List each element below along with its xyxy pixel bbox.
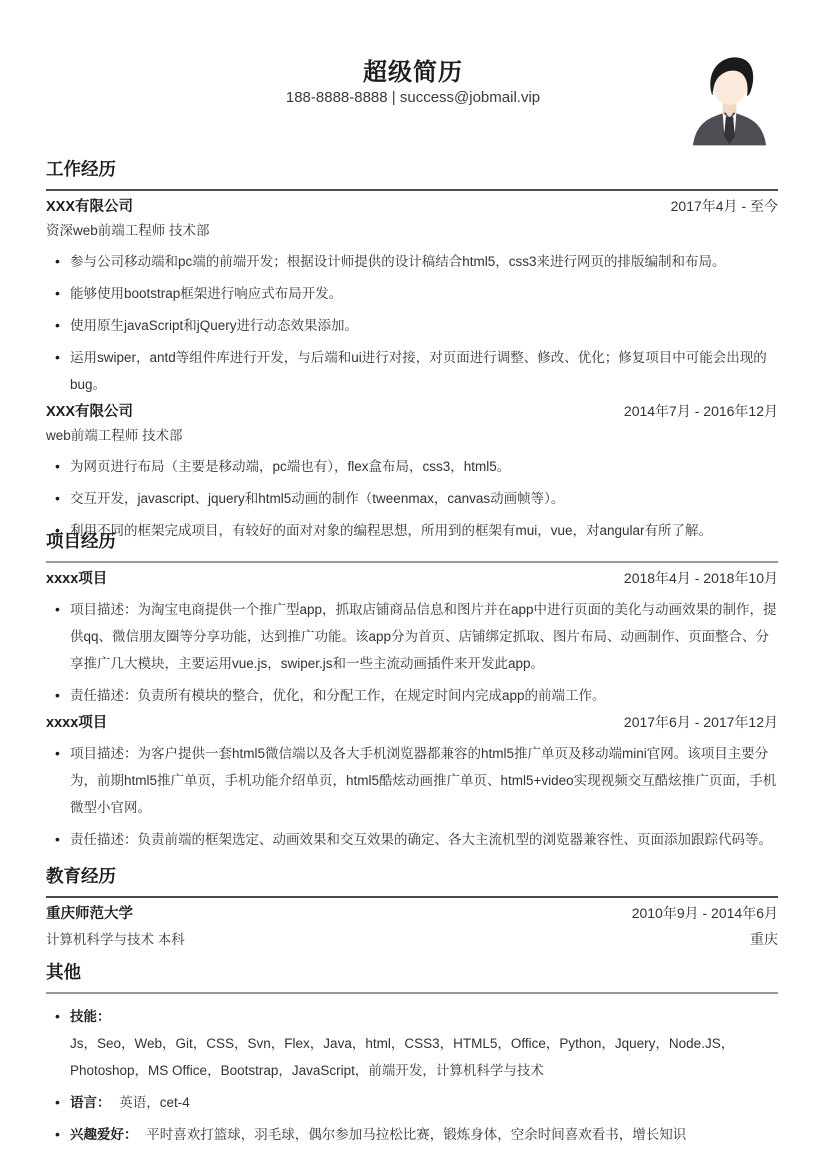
bullet-item: 参与公司移动端和pc端的前端开发；根据设计师提供的设计稿结合html5，css3… [46, 248, 778, 275]
bullet-item: 项目描述：为客户提供一套html5微信端以及各大手机浏览器都兼容的html5推广… [46, 740, 778, 821]
project-name: xxxx项目 [46, 571, 107, 587]
major-degree: 计算机科学与技术 本科 [46, 932, 185, 948]
work-entry: XXX有限公司 2017年4月 - 至今 资深web前端工程师 技术部 参与公司… [46, 198, 778, 398]
section-title-work: 工作经历 [46, 159, 778, 191]
date-range: 2017年4月 - 至今 [671, 198, 778, 214]
language-item: 语言： 英语，cet-4 [46, 1089, 778, 1116]
date-range: 2010年9月 - 2014年6月 [632, 905, 778, 921]
hobby-text: 平时喜欢打篮球，羽毛球，偶尔参加马拉松比赛，锻炼身体，空余时间喜欢看书，增长知识 [146, 1127, 686, 1142]
entry-header: xxxx项目 2018年4月 - 2018年10月 [46, 570, 778, 587]
section-title-other: 其他 [46, 962, 778, 994]
education-entry: 重庆师范大学 2010年9月 - 2014年6月 计算机科学与技术 本科 重庆 [46, 905, 778, 948]
section-education: 教育经历 重庆师范大学 2010年9月 - 2014年6月 计算机科学与技术 本… [46, 866, 778, 948]
resume-page: 超级简历 188-8888-8888 | success@jobmail.vip… [0, 0, 826, 1169]
bullet-item: 能够使用bootstrap框架进行响应式布局开发。 [46, 280, 778, 307]
section-title-education: 教育经历 [46, 866, 778, 898]
bullet-item: 责任描述：负责前端的框架选定、动画效果和交互效果的确定、各大主流机型的浏览器兼容… [46, 826, 778, 853]
location: 重庆 [750, 931, 778, 947]
bullet-item: 使用原生javaScript和jQuery进行动态效果添加。 [46, 312, 778, 339]
school-name: 重庆师范大学 [46, 906, 133, 922]
company-name: XXX有限公司 [46, 404, 133, 420]
project-name: xxxx项目 [46, 715, 107, 731]
entry-header: XXX有限公司 2017年4月 - 至今 [46, 198, 778, 215]
language-text: 英语，cet-4 [119, 1095, 190, 1110]
entry-header: 重庆师范大学 2010年9月 - 2014年6月 [46, 905, 778, 922]
hobby-label: 兴趣爱好： [70, 1127, 138, 1142]
bullet-item: 责任描述：负责所有模块的整合，优化，和分配工作，在规定时间内完成app的前端工作… [46, 682, 778, 709]
section-project-experience: 项目经历 xxxx项目 2018年4月 - 2018年10月 项目描述：为淘宝电… [46, 531, 778, 858]
section-work-experience: 工作经历 XXX有限公司 2017年4月 - 至今 资深web前端工程师 技术部… [46, 159, 778, 549]
project-entry: xxxx项目 2018年4月 - 2018年10月 项目描述：为淘宝电商提供一个… [46, 570, 778, 709]
businessman-avatar-icon [690, 50, 769, 146]
entry-header: XXX有限公司 2014年7月 - 2016年12月 [46, 403, 778, 420]
bullet-item: 为网页进行布局（主要是移动端，pc端也有），flex盒布局，css3，html5… [46, 453, 778, 480]
section-title-projects: 项目经历 [46, 531, 778, 563]
company-name: XXX有限公司 [46, 199, 133, 215]
date-range: 2018年4月 - 2018年10月 [624, 570, 778, 586]
skills-text: Js，Seo，Web，Git，CSS，Svn，Flex，Java，html，CS… [70, 1030, 778, 1084]
bullet-item: 项目描述：为淘宝电商提供一个推广型app，抓取店铺商品信息和图片并在app中进行… [46, 596, 778, 677]
job-title: 资深web前端工程师 技术部 [46, 223, 778, 239]
hobby-item: 兴趣爱好： 平时喜欢打篮球，羽毛球，偶尔参加马拉松比赛，锻炼身体，空余时间喜欢看… [46, 1121, 778, 1148]
job-title: web前端工程师 技术部 [46, 428, 778, 444]
bullet-list: 参与公司移动端和pc端的前端开发；根据设计师提供的设计稿结合html5，css3… [46, 248, 778, 398]
work-entry: XXX有限公司 2014年7月 - 2016年12月 web前端工程师 技术部 … [46, 403, 778, 544]
entry-header: xxxx项目 2017年6月 - 2017年12月 [46, 714, 778, 731]
bullet-list: 技能： Js，Seo，Web，Git，CSS，Svn，Flex，Java，htm… [46, 1003, 778, 1148]
date-range: 2014年7月 - 2016年12月 [624, 403, 778, 419]
entry-subheader: 计算机科学与技术 本科 重庆 [46, 931, 778, 948]
skills-label: 技能： [70, 1009, 111, 1024]
bullet-item: 交互开发，javascript、jquery和html5动画的制作（tweenm… [46, 485, 778, 512]
date-range: 2017年6月 - 2017年12月 [624, 714, 778, 730]
bullet-list: 项目描述：为淘宝电商提供一个推广型app，抓取店铺商品信息和图片并在app中进行… [46, 596, 778, 709]
bullet-item: 运用swiper，antd等组件库进行开发，与后端和ui进行对接，对页面进行调整… [46, 344, 778, 398]
bullet-list: 项目描述：为客户提供一套html5微信端以及各大手机浏览器都兼容的html5推广… [46, 740, 778, 853]
language-label: 语言： [70, 1095, 111, 1110]
skills-item: 技能： Js，Seo，Web，Git，CSS，Svn，Flex，Java，htm… [46, 1003, 778, 1084]
section-other: 其他 技能： Js，Seo，Web，Git，CSS，Svn，Flex，Java，… [46, 962, 778, 1153]
project-entry: xxxx项目 2017年6月 - 2017年12月 项目描述：为客户提供一套ht… [46, 714, 778, 853]
